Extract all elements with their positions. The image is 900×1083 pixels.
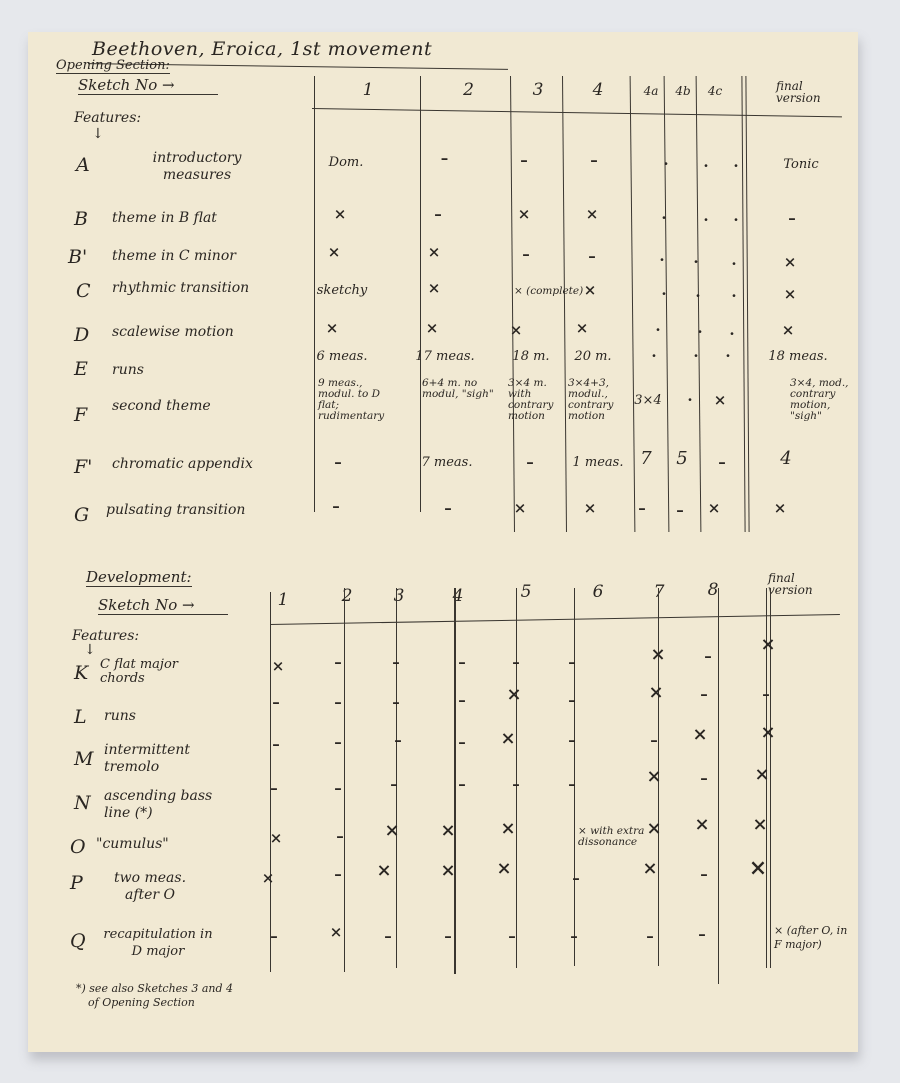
cell-E-4a: · (644, 350, 664, 363)
cell-E-final: 18 meas. (758, 350, 838, 363)
opening-col-divider (562, 76, 567, 532)
cell-A-2: – (422, 152, 467, 165)
cell-F-4a: 3×4 (628, 394, 668, 407)
cell-G-final: × (770, 502, 790, 515)
cell-L-6: – (562, 694, 582, 707)
row-letter-B-prime: B' (68, 246, 87, 268)
cell-Bp-4b: · (686, 256, 706, 269)
cell-K-7: × (648, 648, 668, 661)
opening-col-divider (420, 76, 421, 512)
opening-col-final: final version (776, 80, 836, 104)
cell-D-4: × (572, 322, 592, 335)
cell-A-1: Dom. (316, 156, 376, 169)
footnote: *) see also Sketches 3 and 4 of Opening … (76, 982, 233, 1010)
cell-G-4: × (580, 502, 600, 515)
cell-F-3: 3×4 m. with contrary motion (508, 378, 562, 422)
cell-Q-8: – (692, 928, 712, 941)
opening-col-2: 2 (421, 80, 516, 100)
cell-P-8: – (694, 868, 714, 881)
cell-Fp-4c: – (712, 456, 732, 469)
cell-L-8: – (694, 688, 714, 701)
development-sketch-label: Sketch No → (98, 596, 228, 615)
cell-O-3: × (382, 824, 402, 837)
dev-col-1: 1 (248, 590, 318, 610)
cell-M-3: – (388, 734, 408, 747)
cell-P-2: – (328, 868, 348, 881)
cell-G-1: – (326, 500, 346, 513)
row-letter-C: C (76, 280, 91, 302)
cell-D-4c: · (722, 328, 742, 341)
development-section-label: Development: (86, 568, 192, 587)
cell-O-5: × (498, 822, 518, 835)
feature-scalewise-motion: scalewise motion (112, 324, 234, 341)
cell-N-1: – (264, 782, 284, 795)
feature-runs: runs (112, 362, 144, 379)
feature-chromatic-appendix: chromatic appendix (112, 456, 253, 473)
feature-cumulus: "cumulus" (96, 836, 169, 853)
cell-K-2: – (328, 656, 348, 669)
row-letter-P: P (70, 872, 83, 894)
cell-E-4c: · (718, 350, 738, 363)
dev-col-2: 2 (322, 586, 372, 606)
cell-C-4a: · (654, 288, 674, 301)
cell-N-2: – (328, 782, 348, 795)
document-title: Beethoven, Eroica, 1st movement (92, 38, 432, 60)
cell-Q-3: – (378, 930, 398, 943)
cell-Fp-final: 4 (776, 452, 796, 465)
dev-col-4: 4 (428, 586, 488, 606)
opening-sketch-label: Sketch No → (78, 76, 218, 95)
opening-col-4c: 4c (700, 84, 730, 98)
cell-P-6: – (566, 872, 586, 885)
cell-G-2: – (438, 502, 458, 515)
cell-N-5: – (506, 778, 526, 791)
cell-K-1: × (268, 660, 288, 673)
arrow-down-icon: ↓ (92, 126, 104, 142)
cell-E-1: 6 meas. (312, 350, 372, 363)
cell-L-7: × (646, 686, 666, 699)
cell-C-4: × (580, 284, 600, 297)
cell-L-final: – (756, 688, 776, 701)
arrow-down-icon: ↓ (84, 642, 96, 658)
cell-N-final: × (752, 768, 772, 781)
opening-col-4b: 4b (668, 84, 698, 98)
cell-C-final: × (780, 288, 800, 301)
cell-Q-7: – (640, 930, 660, 943)
cell-F-4: 3×4+3, modul., contrary motion (568, 378, 630, 422)
cell-O-1: × (266, 832, 286, 845)
row-letter-E: E (74, 358, 88, 380)
cell-F-4b: · (680, 394, 700, 407)
cell-B-4: × (582, 208, 602, 221)
feature-rhythmic-transition: rhythmic transition (112, 280, 252, 297)
cell-P-7: × (640, 862, 660, 875)
cell-A-4: – (584, 154, 604, 167)
cell-K-6: – (562, 656, 582, 669)
cell-F-final: 3×4, mod., contrary motion, "sigh" (790, 378, 856, 422)
cell-B-4c: · (726, 214, 746, 227)
opening-col-4a: 4a (636, 84, 666, 98)
feature-introductory-measures: introductory measures (122, 150, 272, 184)
feature-pulsating-transition: pulsating transition (106, 502, 245, 519)
cell-D-1: × (322, 322, 342, 335)
cell-B-final: – (782, 212, 802, 225)
cell-Fp-4: 1 meas. (572, 456, 624, 469)
cell-D-final: × (778, 324, 798, 337)
feature-ascending-bass-line: ascending bass line (*) (104, 788, 234, 822)
cell-C-4b: · (688, 290, 708, 303)
cell-Fp-3: – (520, 456, 540, 469)
cell-M-5: × (498, 732, 518, 745)
cell-Fp-1: – (328, 456, 348, 469)
cell-D-4b: · (690, 326, 710, 339)
cell-M-7: – (644, 734, 664, 747)
cell-A-4b: · (696, 160, 716, 173)
cell-K-5: – (506, 656, 526, 669)
cell-P-5: × (494, 862, 514, 875)
cell-P-final: × (746, 862, 770, 875)
cell-B-1: × (330, 208, 350, 221)
cell-M-4: – (452, 736, 472, 749)
cell-Fp-4b: 5 (672, 452, 692, 465)
cell-Q-final: × (after O, in F major) (774, 924, 854, 952)
cell-B-4a: · (654, 212, 674, 225)
cell-Bp-4a: · (652, 254, 672, 267)
cell-Fp-2: 7 meas. (412, 456, 482, 469)
cell-A-4a: · (656, 158, 676, 171)
cell-C-2: × (424, 282, 444, 295)
row-letter-F-prime: F' (74, 456, 92, 478)
cell-E-4b: · (686, 350, 706, 363)
dev-col-final: final version (768, 572, 838, 596)
feature-second-theme: second theme (112, 398, 211, 415)
cell-Bp-2: × (424, 246, 444, 259)
cell-Q-4: – (438, 930, 458, 943)
opening-col-3: 3 (513, 80, 563, 100)
cell-Q-2: × (326, 926, 346, 939)
cell-P-4: × (438, 864, 458, 877)
cell-N-6: – (562, 778, 582, 791)
cell-D-3: × (506, 324, 526, 337)
cell-E-3: 18 m. (506, 350, 556, 363)
cell-P-3: × (374, 864, 394, 877)
cell-N-3: – (384, 778, 404, 791)
cell-L-5: × (504, 688, 524, 701)
cell-Fp-4a: 7 (636, 452, 656, 465)
feature-runs-dev: runs (104, 708, 136, 725)
cell-Bp-final: × (780, 256, 800, 269)
feature-theme-b-flat: theme in B flat (112, 210, 217, 227)
cell-M-8: × (690, 728, 710, 741)
dev-col-3: 3 (374, 586, 424, 606)
row-letter-F: F (74, 404, 87, 426)
opening-header-rule (312, 108, 842, 118)
feature-two-meas-after-o: two meas. after O (100, 870, 200, 904)
cell-N-7: × (644, 770, 664, 783)
row-letter-K: K (74, 662, 88, 684)
cell-F-4c: × (710, 394, 730, 407)
cell-B-2: – (428, 208, 448, 221)
cell-Bp-4: – (582, 250, 602, 263)
cell-F-2: 6+4 m. no modul, "sigh" (422, 378, 494, 400)
cell-L-3: – (386, 696, 406, 709)
cell-M-2: – (328, 736, 348, 749)
cell-N-8: – (694, 772, 714, 785)
dev-header-rule (270, 614, 840, 625)
cell-K-4: – (452, 656, 472, 669)
row-letter-N: N (74, 792, 91, 814)
cell-Bp-4c: · (724, 258, 744, 271)
cell-L-4: – (452, 694, 472, 707)
cell-C-1: sketchy (312, 284, 372, 297)
cell-N-4: – (452, 778, 472, 791)
feature-c-flat-major-chords: C flat major chords (100, 658, 210, 686)
manuscript-page: Beethoven, Eroica, 1st movement Opening … (28, 32, 858, 1052)
opening-final-divider (745, 76, 749, 532)
row-letter-D: D (74, 324, 89, 346)
dev-col-5: 5 (496, 582, 556, 602)
opening-features-label: Features: (74, 110, 141, 126)
cell-K-3: – (386, 656, 406, 669)
cell-Q-5: – (502, 930, 522, 943)
cell-F-1: 9 meas., modul. to D flat; rudimentary (318, 378, 398, 422)
cell-O-7: × (644, 822, 664, 835)
cell-Q-6: – (564, 930, 584, 943)
cell-G-4a: – (632, 502, 652, 515)
cell-Bp-3: – (516, 248, 536, 261)
cell-D-4a: · (648, 324, 668, 337)
dev-col-8: 8 (688, 580, 738, 600)
cell-G-4c: × (704, 502, 724, 515)
cell-Q-1: – (264, 930, 284, 943)
opening-section-label: Opening Section: (56, 58, 170, 74)
cell-M-1: – (266, 738, 286, 751)
dev-col-6: 6 (558, 582, 638, 602)
dev-col-divider (718, 588, 719, 984)
cell-A-3: – (514, 154, 534, 167)
dev-col-divider (344, 588, 345, 972)
cell-O-4: × (438, 824, 458, 837)
cell-O-2: – (330, 830, 350, 843)
cell-M-final: × (758, 726, 778, 739)
cell-P-1: × (258, 872, 278, 885)
opening-col-4: 4 (568, 80, 628, 100)
cell-M-6: – (562, 734, 582, 747)
row-letter-B: B (74, 208, 88, 230)
feature-intermittent-tremolo: intermittent tremolo (104, 742, 234, 776)
opening-col-divider (664, 76, 670, 532)
cell-B-4b: · (696, 214, 716, 227)
cell-C-4c: · (724, 290, 744, 303)
cell-O-8: × (692, 818, 712, 831)
cell-G-4b: – (670, 504, 690, 517)
row-letter-L: L (74, 706, 87, 728)
cell-C-3: × (complete) (514, 286, 584, 297)
cell-K-8: – (698, 650, 718, 663)
opening-col-divider (630, 76, 636, 532)
feature-theme-c-minor: theme in C minor (112, 248, 236, 265)
row-letter-A: A (76, 154, 90, 176)
opening-col-divider (510, 76, 515, 532)
development-features-label: Features: (72, 628, 139, 644)
row-letter-O: O (70, 836, 86, 858)
cell-E-2: 17 meas. (410, 350, 480, 363)
cell-K-final: × (758, 638, 778, 651)
cell-L-2: – (328, 696, 348, 709)
feature-recapitulation-d-major: recapitulation in D major (98, 926, 218, 960)
cell-G-3: × (510, 502, 530, 515)
cell-E-4: 20 m. (568, 350, 618, 363)
opening-col-1: 1 (318, 80, 418, 100)
row-letter-G: G (74, 504, 89, 526)
row-letter-Q: Q (70, 930, 86, 952)
cell-B-3: × (514, 208, 534, 221)
cell-A-4c: · (726, 160, 746, 173)
cell-Bp-1: × (324, 246, 344, 259)
footnote-line-1: *) see also Sketches 3 and 4 (76, 982, 233, 996)
row-letter-M: M (74, 748, 93, 770)
cell-O-final: × (750, 818, 770, 831)
cell-D-2: × (422, 322, 442, 335)
footnote-line-2: of Opening Section (76, 996, 233, 1010)
cell-A-final: Tonic (766, 158, 836, 171)
cell-L-1: – (266, 696, 286, 709)
